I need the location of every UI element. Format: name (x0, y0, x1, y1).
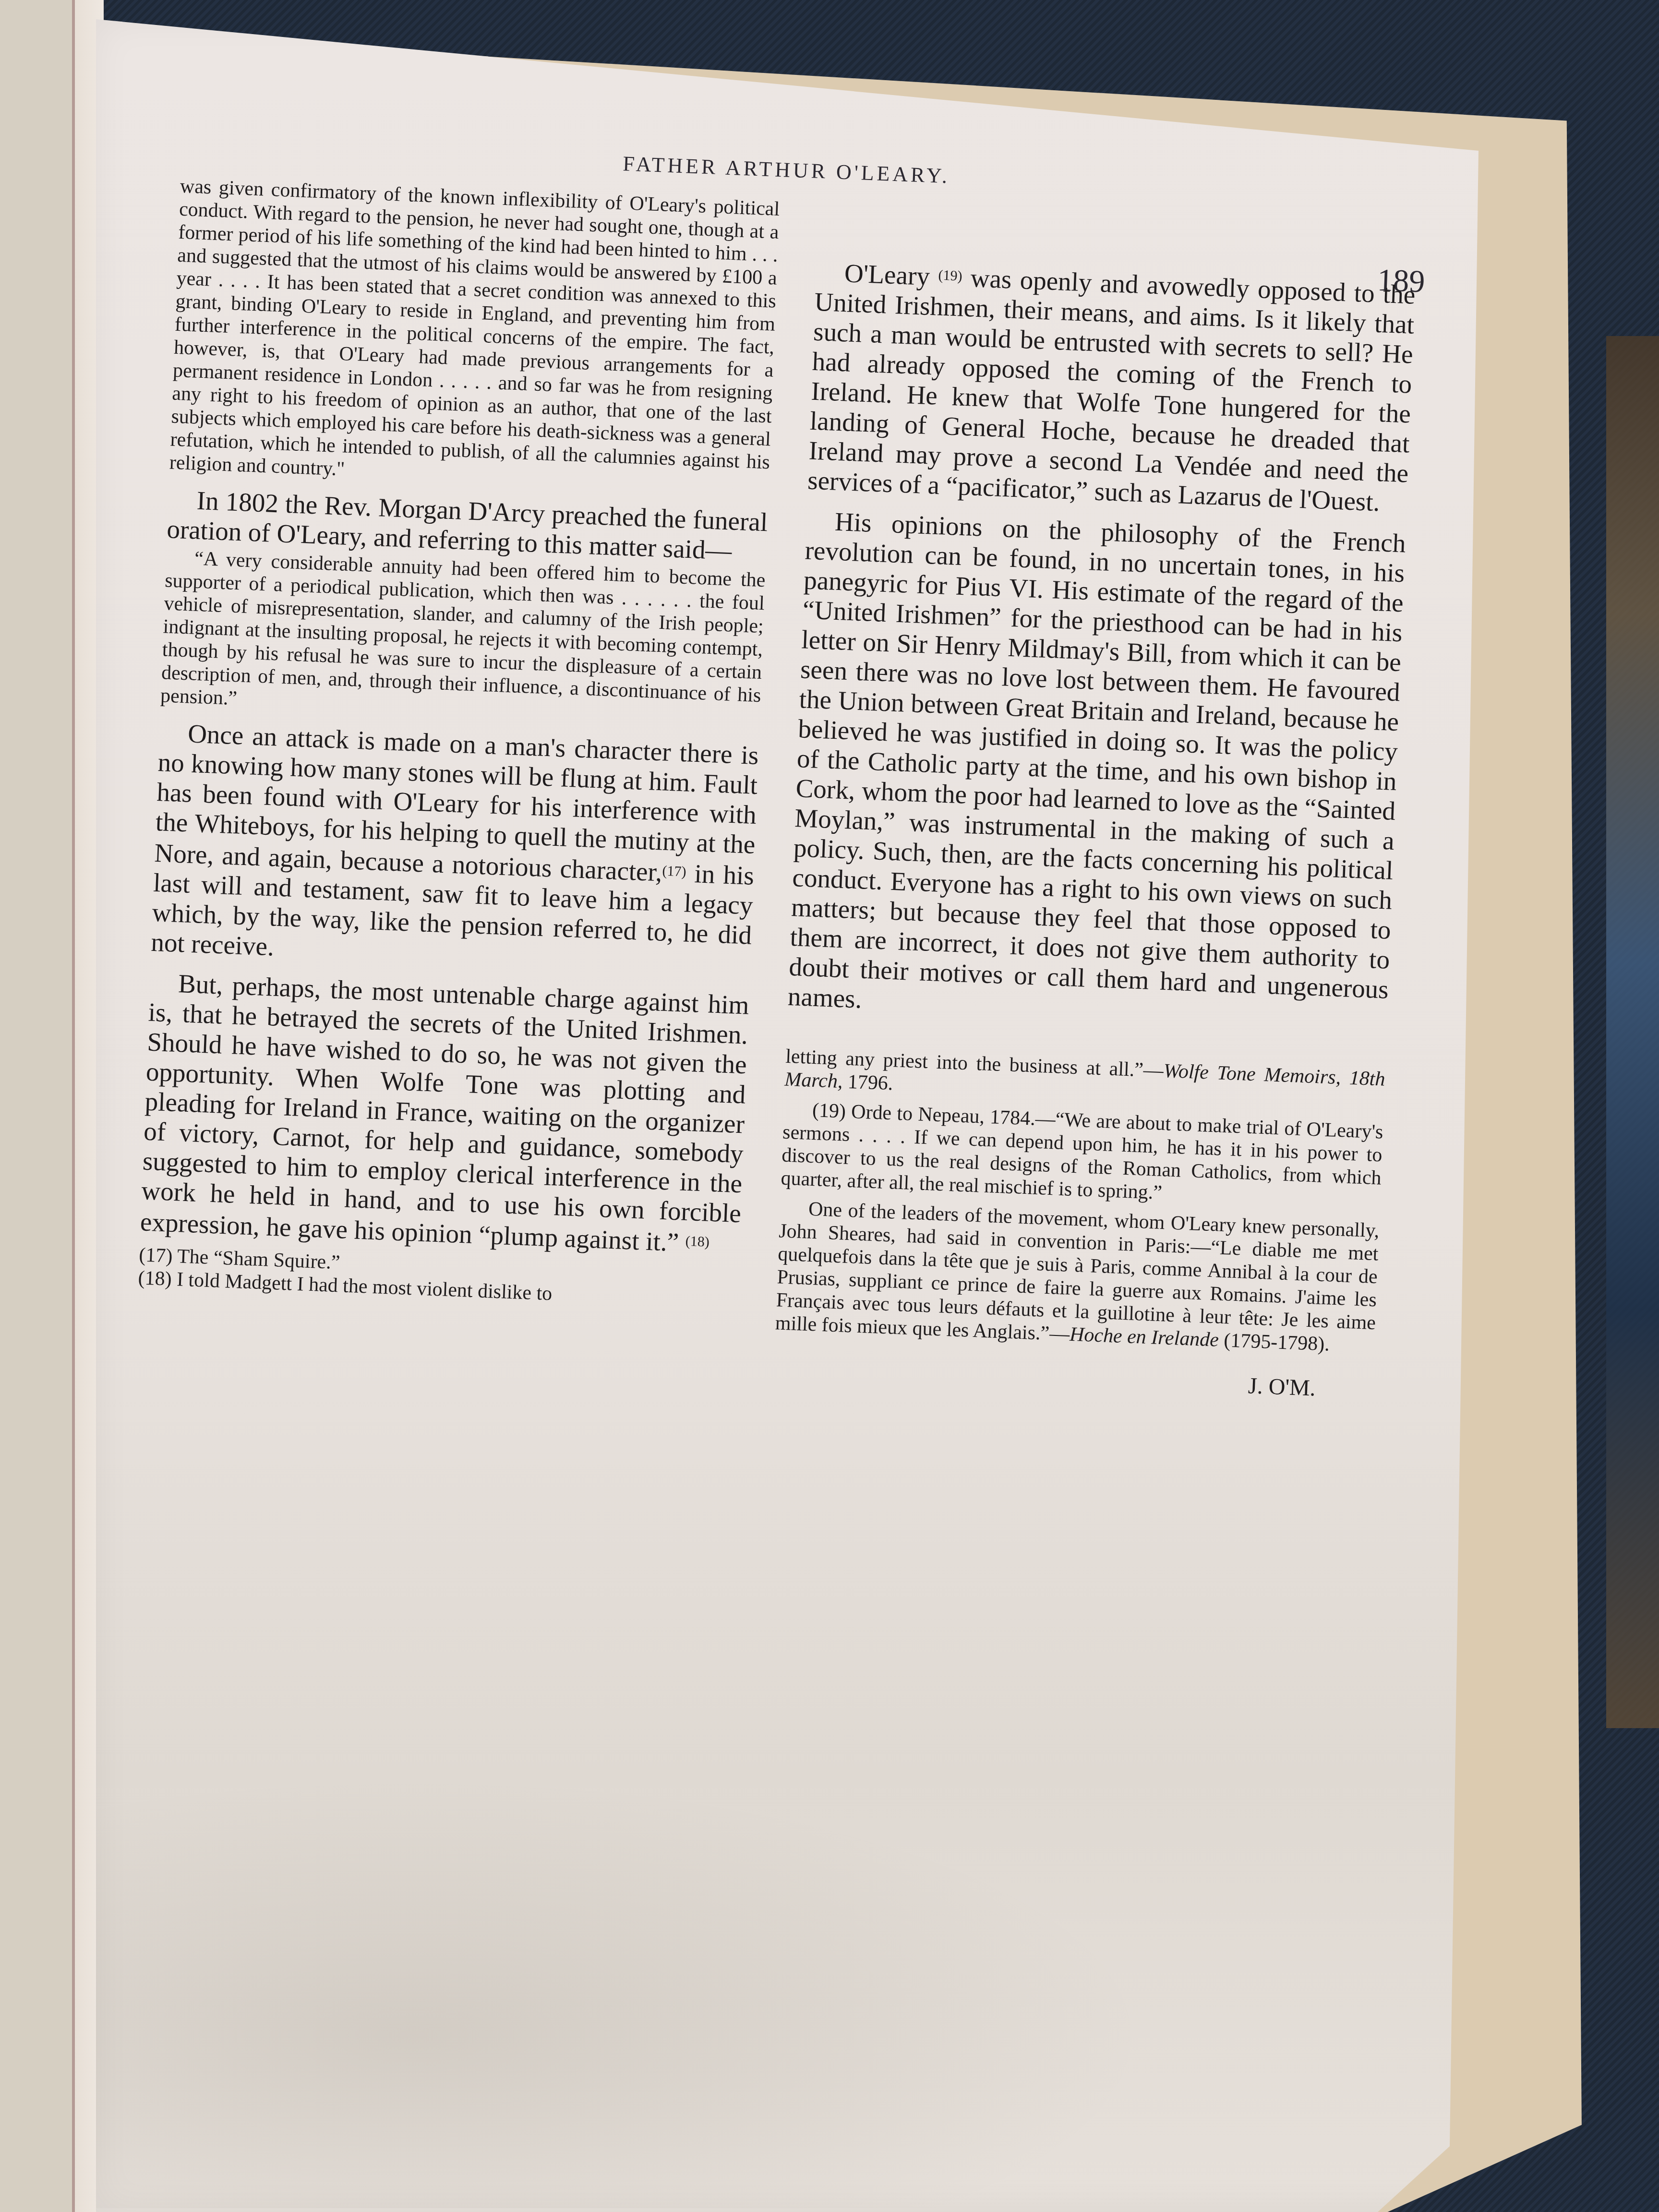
marbled-edge (1606, 336, 1659, 1728)
footnote-ref-17: (17) (662, 863, 686, 880)
left-page (0, 0, 72, 2212)
darcy-quote: “A very considerable annuity had been of… (160, 546, 766, 730)
left-column: was given confirmatory of the known infl… (138, 173, 780, 1312)
printed-text-area: FATHER ARTHUR O'LEARY. 189 was given con… (116, 125, 1430, 1899)
footnote-sheares-years: (1795-1798). (1218, 1329, 1330, 1356)
footnote-18-year: 1796. (842, 1070, 894, 1094)
paragraph-attack-text-a: Once an attack is made on a man's charac… (154, 719, 759, 887)
right-column: O'Leary (19) was openly and avowedly opp… (773, 245, 1416, 1404)
running-head: FATHER ARTHUR O'LEARY. (623, 151, 951, 188)
paragraph-oleary: O'Leary (19) was openly and avowedly opp… (807, 256, 1416, 518)
author-signature: J. O'M. (773, 1354, 1373, 1404)
paragraph-opinions: His opinions on the philosophy of the Fr… (787, 506, 1407, 1034)
footnote-sheares: One of the leaders of the movement, whom… (775, 1196, 1380, 1358)
quote-continuation: was given confirmatory of the known infl… (169, 175, 780, 497)
footnote-19: (19) Orde to Nepeau, 1784.—“We are about… (781, 1098, 1383, 1213)
paragraph-attack: Once an attack is made on a man's charac… (150, 718, 759, 980)
paragraph-oleary-rest: was openly and avowedly opposed to the U… (807, 263, 1416, 517)
footnote-ref-19: (19) (938, 267, 962, 284)
footnote-sheares-source: Hoche en Irelande (1069, 1323, 1219, 1351)
footnote-ref-18: (18) (685, 1233, 709, 1250)
paragraph-oleary-start: O'Leary (844, 258, 930, 291)
paragraph-charge-text: But, perhaps, the most untenable charge … (140, 969, 750, 1257)
paragraph-charge: But, perhaps, the most untenable charge … (140, 968, 750, 1260)
